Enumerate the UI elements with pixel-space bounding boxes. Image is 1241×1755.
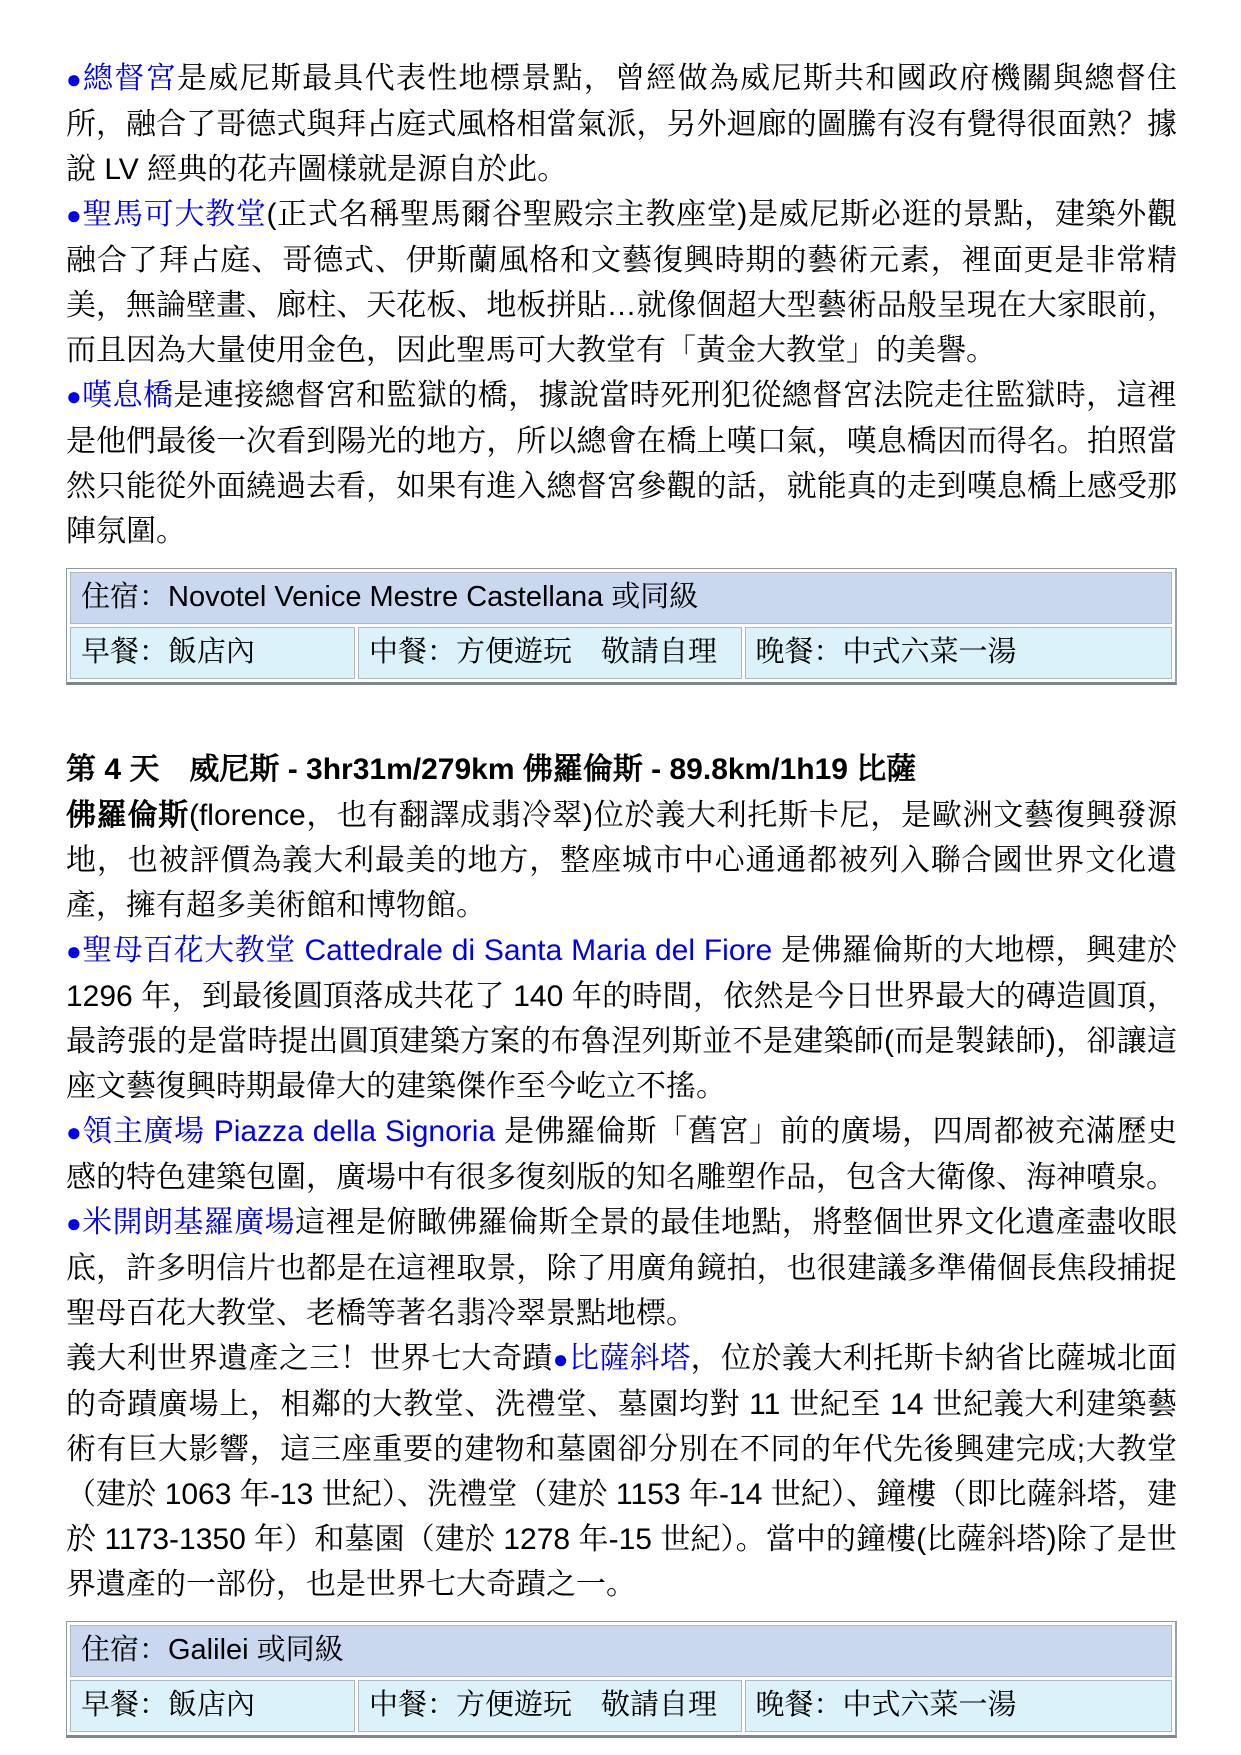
pisa-prefix-text: 義大利世界遺產之三！世界七大奇蹟 (66, 1342, 553, 1375)
lodging-cell: 住宿：Novotel Venice Mestre Castellana 或同級 (70, 572, 1172, 624)
breakfast-cell: 早餐：飯店內 (70, 1680, 355, 1732)
dinner-cell: 晚餐：中式六菜一湯 (745, 627, 1172, 679)
table-row: 住宿：Novotel Venice Mestre Castellana 或同級 (70, 572, 1172, 624)
document-page: ●總督宮是威尼斯最具代表性地標景點，曾經做為威尼斯共和國政府機關與總督住所，融合… (0, 0, 1241, 1755)
michelangelo-link[interactable]: 米開朗基羅廣場 (82, 1206, 295, 1239)
bullet-icon: ● (66, 381, 82, 411)
day4-heading: 第 4 天 威尼斯 - 3hr31m/279km 佛羅倫斯 - 89.8km/1… (66, 747, 1177, 793)
paragraph-signoria: ●領主廣場 Piazza della Signoria 是佛羅倫斯「舊宮」前的廣… (66, 1109, 1177, 1200)
bullet-icon: ● (66, 64, 83, 94)
breakfast-cell: 早餐：飯店內 (70, 627, 355, 679)
doge-palace-text: 是威尼斯最具代表性地標景點，曾經做為威尼斯共和國政府機關與總督住所，融合了哥德式… (66, 62, 1177, 186)
paragraph-doge-palace: ●總督宮是威尼斯最具代表性地標景點，曾經做為威尼斯共和國政府機關與總督住所，融合… (66, 56, 1177, 192)
paragraph-pisa: 義大利世界遺產之三！世界七大奇蹟●比薩斜塔，位於義大利托斯卡納省比薩城北面的奇蹟… (66, 1336, 1177, 1607)
st-marks-link[interactable]: 聖馬可大教堂 (82, 198, 266, 231)
doge-palace-link[interactable]: 總督宮 (83, 62, 177, 95)
bridge-of-sighs-link[interactable]: 嘆息橋 (82, 379, 173, 412)
bridge-of-sighs-text: 是連接總督宮和監獄的橋，據說當時死刑犯從總督宮法院走往監獄時，這裡是他們最後一次… (66, 379, 1177, 548)
lunch-cell: 中餐：方便遊玩 敬請自理 (358, 1680, 742, 1732)
paragraph-bridge-of-sighs: ●嘆息橋是連接總督宮和監獄的橋，據說當時死刑犯從總督宮法院走往監獄時，這裡是他們… (66, 373, 1177, 554)
florence-name: 佛羅倫斯 (66, 799, 189, 832)
table-row: 早餐：飯店內 中餐：方便遊玩 敬請自理 晚餐：中式六菜一湯 (70, 627, 1172, 679)
paragraph-michelangelo: ●米開朗基羅廣場這裡是俯瞰佛羅倫斯全景的最佳地點，將整個世界文化遺產盡收眼底，許… (66, 1200, 1177, 1336)
bullet-icon: ● (66, 200, 82, 230)
paragraph-florence-intro: 佛羅倫斯(florence，也有翻譯成翡冷翠)位於義大利托斯卡尼，是歐洲文藝復興… (66, 793, 1177, 928)
bullet-icon: ● (66, 1208, 82, 1238)
signoria-link[interactable]: 領主廣場 Piazza della Signoria (82, 1115, 495, 1148)
pisa-text: ，位於義大利托斯卡納省比薩城北面的奇蹟廣場上，相鄰的大教堂、洗禮堂、墓園均對 1… (66, 1342, 1177, 1601)
lunch-cell: 中餐：方便遊玩 敬請自理 (358, 627, 742, 679)
lodging-cell: 住宿：Galilei 或同級 (70, 1625, 1172, 1677)
duomo-link[interactable]: 聖母百花大教堂 Cattedrale di Santa Maria del Fi… (82, 934, 772, 967)
venice-hotel-meals-table: 住宿：Novotel Venice Mestre Castellana 或同級 … (66, 568, 1177, 685)
bullet-icon: ● (66, 936, 82, 966)
florence-intro-text: (florence，也有翻譯成翡冷翠)位於義大利托斯卡尼，是歐洲文藝復興發源地，… (66, 799, 1177, 922)
bullet-icon: ● (553, 1344, 569, 1374)
bullet-icon: ● (66, 1117, 82, 1147)
paragraph-st-marks: ●聖馬可大教堂(正式名稱聖馬爾谷聖殿宗主教座堂)是威尼斯必逛的景點，建築外觀融合… (66, 192, 1177, 373)
florence-hotel-meals-table: 住宿：Galilei 或同級 早餐：飯店內 中餐：方便遊玩 敬請自理 晚餐：中式… (66, 1621, 1177, 1738)
pisa-tower-link[interactable]: 比薩斜塔 (569, 1342, 691, 1375)
paragraph-duomo: ●聖母百花大教堂 Cattedrale di Santa Maria del F… (66, 928, 1177, 1109)
table-row: 住宿：Galilei 或同級 (70, 1625, 1172, 1677)
dinner-cell: 晚餐：中式六菜一湯 (745, 1680, 1172, 1732)
table-row: 早餐：飯店內 中餐：方便遊玩 敬請自理 晚餐：中式六菜一湯 (70, 1680, 1172, 1732)
